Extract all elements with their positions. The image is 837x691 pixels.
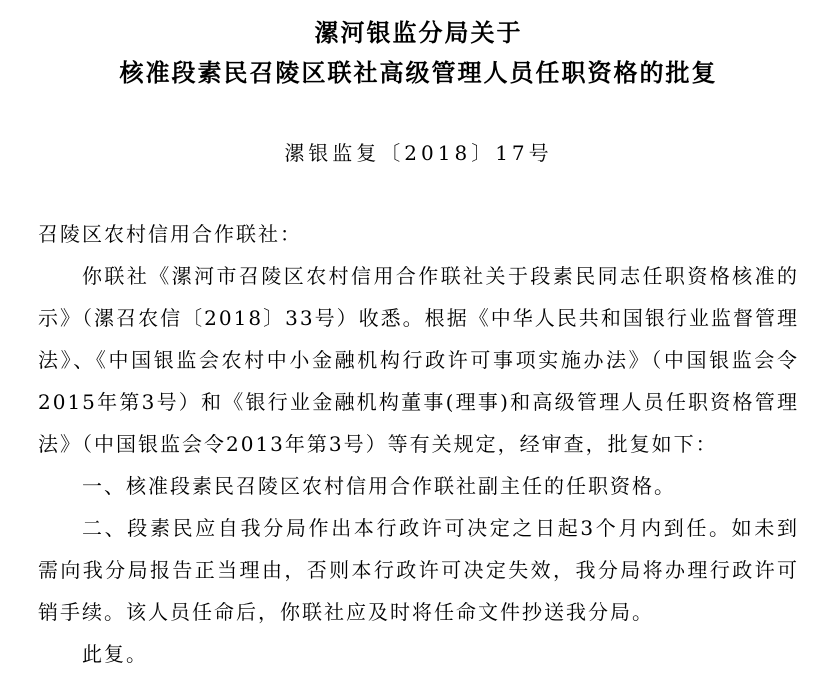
body-line-item-one: 一、核准段素民召陵区农村信用合作联社副主任的任职资格。: [38, 465, 799, 507]
salutation-line: 召陵区农村信用合作联社：: [38, 213, 799, 255]
body-line: 你联社《漯河市召陵区农村信用合作联社关于段素民同志任职资格核准的请: [38, 255, 799, 297]
body-line: 法》（中国银监会令2013年第3号）等有关规定，经审查，批复如下：: [38, 423, 799, 465]
closing-line: 此复。: [38, 633, 799, 675]
body-line: 2015年第3号）和《银行业金融机构董事(理事)和高级管理人员任职资格管理办: [38, 381, 799, 423]
body-line: 示》（漯召农信〔2018〕33号）收悉。根据《中华人民共和国银行业监督管理: [38, 297, 799, 339]
body-line: 销手续。该人员任命后，你联社应及时将任命文件抄送我分局。: [38, 591, 799, 633]
body-line-item-two: 二、段素民应自我分局作出本行政许可决定之日起3个月内到任。如未到任，: [38, 507, 799, 549]
document-page: 漯河银监分局关于 核准段素民召陵区联社高级管理人员任职资格的批复 漯银监复〔20…: [0, 0, 837, 691]
document-title: 漯河银监分局关于 核准段素民召陵区联社高级管理人员任职资格的批复: [0, 0, 837, 93]
title-line-1: 漯河银监分局关于: [0, 13, 837, 53]
body-line: 需向我分局报告正当理由，否则本行政许可决定失效，我分局将办理行政许可注: [38, 549, 799, 591]
document-body: 召陵区农村信用合作联社： 你联社《漯河市召陵区农村信用合作联社关于段素民同志任职…: [0, 213, 837, 675]
document-number: 漯银监复〔2018〕17号: [0, 140, 837, 166]
body-line: 法》、《中国银监会农村中小金融机构行政许可事项实施办法》（中国银监会令: [38, 339, 799, 381]
title-line-2: 核准段素民召陵区联社高级管理人员任职资格的批复: [0, 53, 837, 93]
